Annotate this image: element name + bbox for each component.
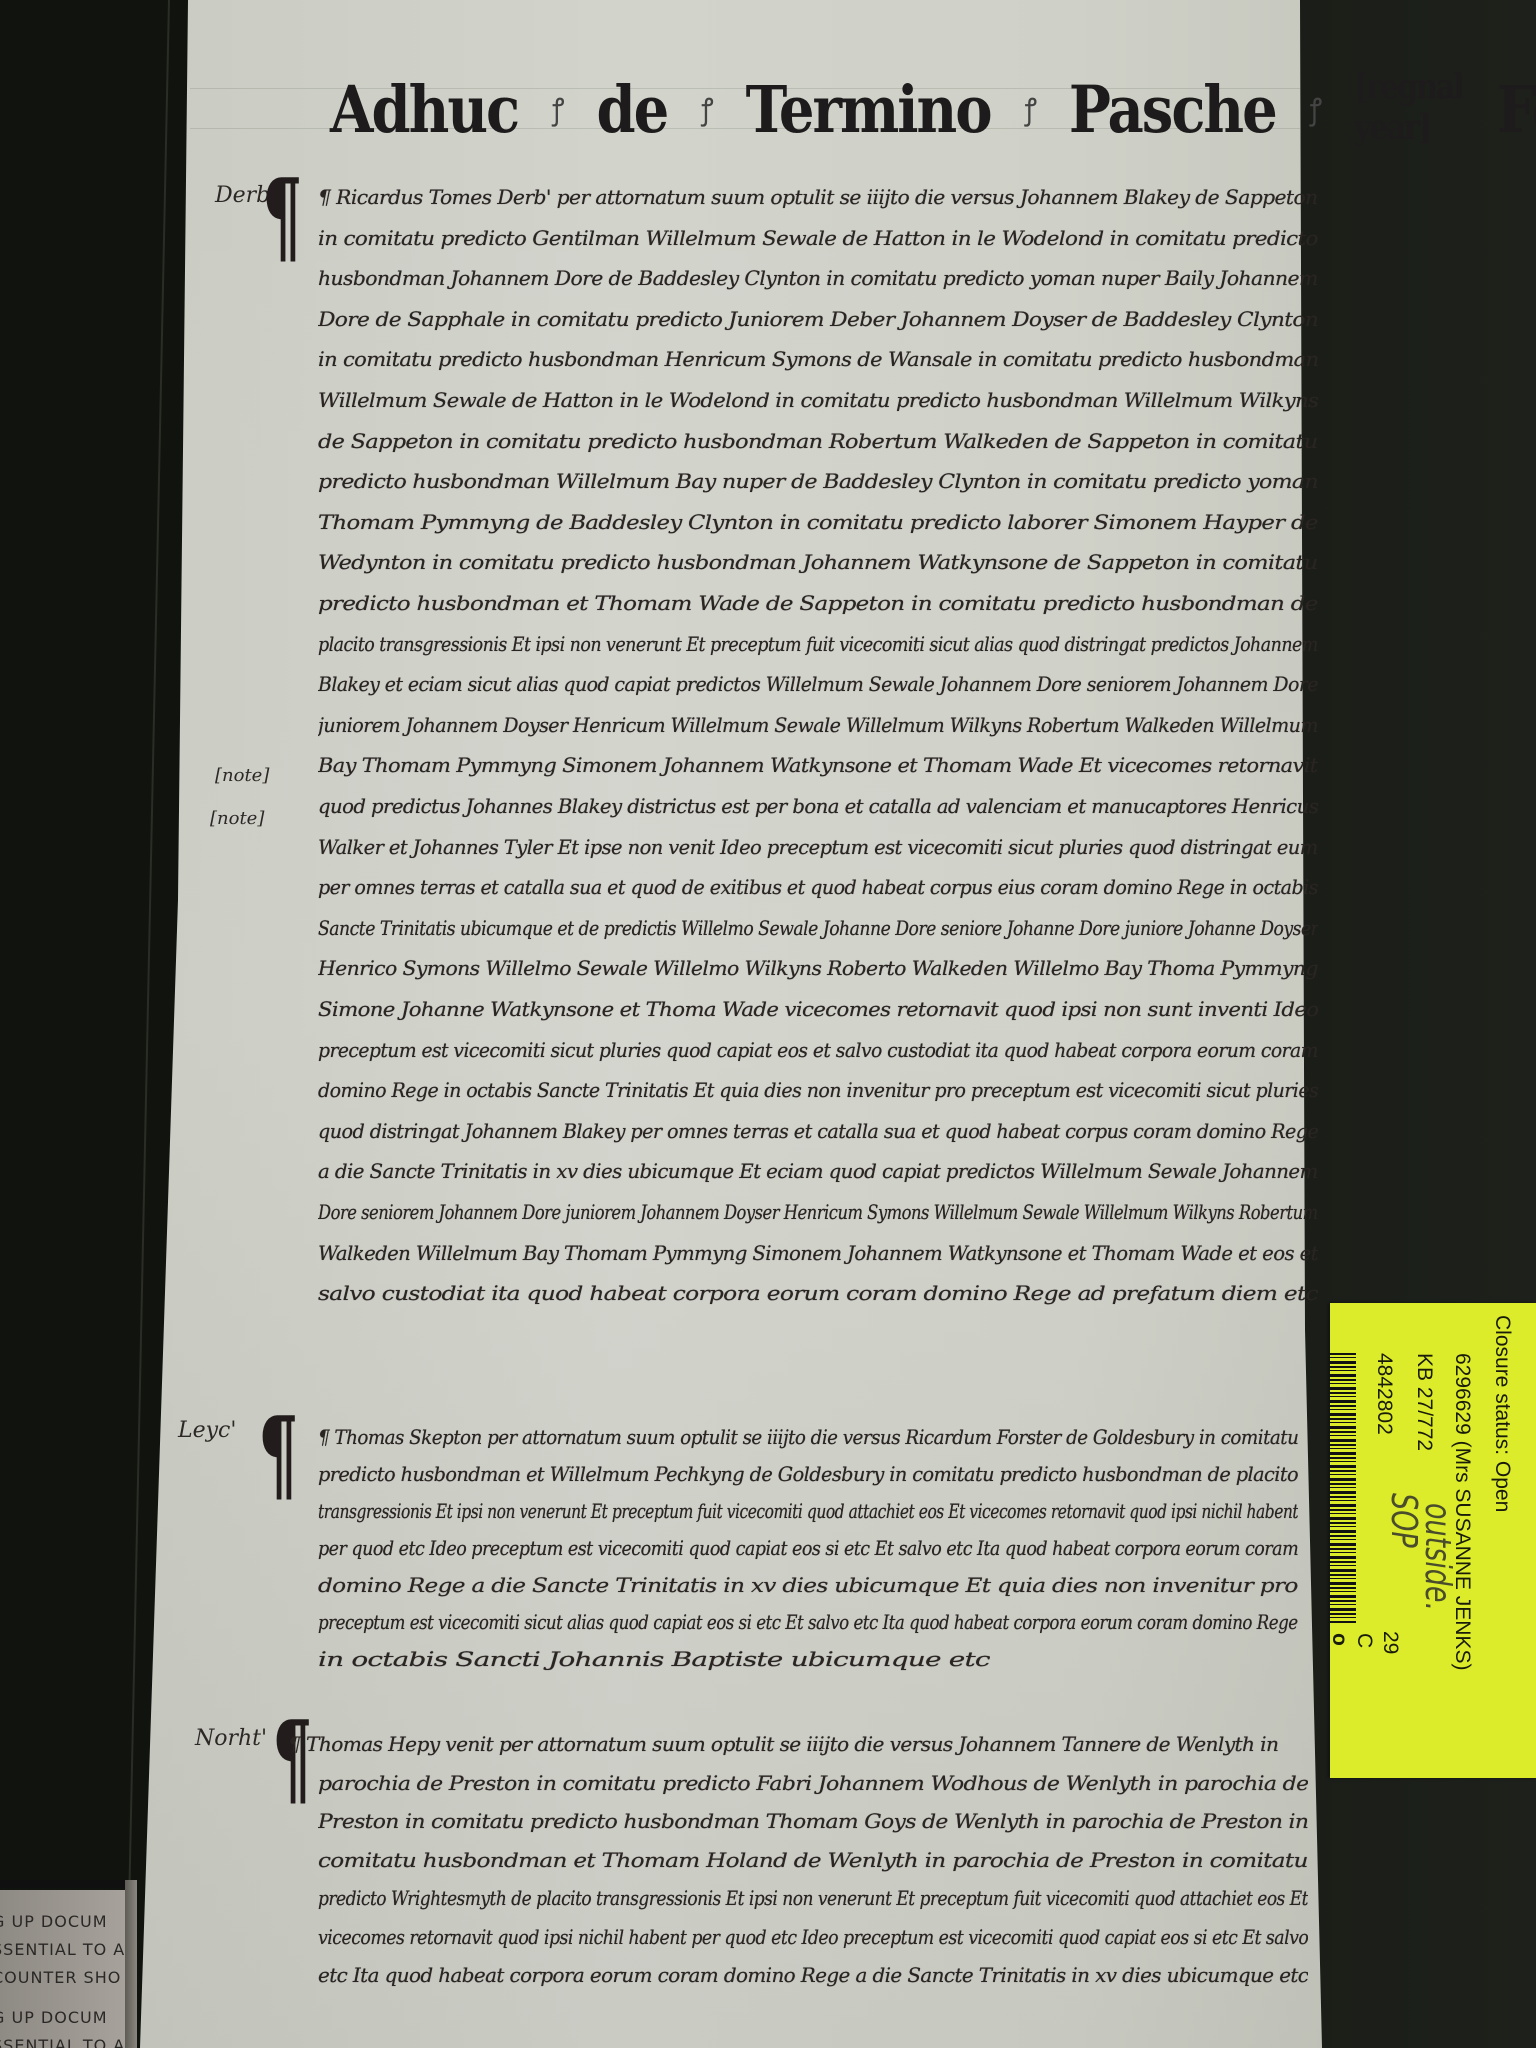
- manuscript-line: quod predictus Johannes Blakey districtu…: [318, 794, 1318, 818]
- heading-separator: ꝭ: [1025, 87, 1035, 128]
- barcode: [1330, 1353, 1356, 1623]
- manuscript-line: per quod etc Ideo preceptum est vicecomi…: [318, 1536, 1298, 1560]
- notice-text-line: G UP DOCUM: [0, 1912, 108, 1931]
- manuscript-line: transgressionis Et ipsi non venerunt Et …: [318, 1499, 1298, 1523]
- manuscript-line: in octabis Sancti Johannis Baptiste ubic…: [318, 1647, 990, 1671]
- manuscript-line: Thomam Pymmyng de Baddesley Clynton in c…: [318, 510, 1318, 534]
- heading-word: Pasche: [1069, 72, 1276, 148]
- manuscript-line: preceptum est vicecomiti sicut alias quo…: [318, 1610, 1298, 1634]
- notice-text-line: SSENTIAL TO A: [0, 1940, 125, 1959]
- heading-word: Termino: [746, 72, 991, 148]
- manuscript-line: salvo custodiat ita quod habeat corpora …: [318, 1281, 1318, 1305]
- manuscript-line: Dore seniorem Johannem Dore juniorem Joh…: [318, 1200, 1318, 1224]
- roll-heading: Adhuc ꝭ de ꝭ Termino ꝭ Pasche ꝭ [regnal …: [330, 68, 1290, 149]
- pilcrow-mark: ¶: [262, 158, 303, 278]
- manuscript-line: Sancte Trinitatis ubicumque et de predic…: [318, 916, 1318, 940]
- heading-separator: ꝭ: [701, 87, 711, 128]
- manuscript-line: Bay Thomam Pymmyng Simonem Johannem Watk…: [318, 753, 1318, 777]
- heading-regnal-year: [regnal year]: [1354, 68, 1463, 149]
- notice-text-line: G UP DOCUM: [0, 2008, 108, 2027]
- label-closure-status: Closure status: Open: [1490, 1315, 1514, 1512]
- manuscript-line: quod distringat Johannem Blakey per omne…: [318, 1119, 1318, 1143]
- manuscript-line: Blakey et eciam sicut alias quod capiat …: [318, 672, 1318, 696]
- manuscript-line: placito transgressionis Et ipsi non vene…: [318, 632, 1318, 656]
- heading-separator: ꝭ: [552, 87, 562, 128]
- notice-frame-edge: [125, 1880, 137, 2048]
- manuscript-line: Simone Johanne Watkynsone et Thoma Wade …: [318, 997, 1318, 1021]
- manuscript-line: in comitatu predicto Gentilman Willelmum…: [318, 226, 1318, 250]
- heading-word: Fortescu: [1497, 72, 1536, 148]
- manuscript-line: Walker et Johannes Tyler Et ipse non ven…: [318, 835, 1318, 859]
- manuscript-line: Dore de Sapphale in comitatu predicto Ju…: [318, 307, 1318, 331]
- heading-separator: ꝭ: [1310, 87, 1320, 128]
- heading-word: de: [596, 72, 667, 148]
- manuscript-line: preceptum est vicecomiti sicut pluries q…: [318, 1038, 1318, 1062]
- manuscript-line: comitatu husbondman et Thomam Holand de …: [318, 1848, 1308, 1872]
- manuscript-line: husbondman Johannem Dore de Baddesley Cl…: [318, 266, 1318, 290]
- label-document-reference: KB 27/772: [1412, 1353, 1436, 1451]
- manuscript-line: Preston in comitatu predicto husbondman …: [318, 1809, 1308, 1833]
- manuscript-line: ¶ Ricardus Tomes Derb' per attornatum su…: [318, 185, 1318, 209]
- label-handwritten-note: outside.: [1417, 1503, 1458, 1611]
- pilcrow-mark: ¶: [272, 1700, 313, 1820]
- manuscript-line: vicecomes retornavit quod ipsi nichil ha…: [318, 1925, 1308, 1949]
- manuscript-line: predicto husbondman et Willelmum Pechkyn…: [318, 1462, 1298, 1486]
- manuscript-line: Henrico Symons Willelmo Sewale Willelmo …: [318, 956, 1318, 980]
- label-code: 29: [1378, 1631, 1402, 1654]
- notice-text-line: SSENTIAL TO A: [0, 2036, 125, 2048]
- manuscript-line: predicto Wrightesmyth de placito transgr…: [318, 1886, 1308, 1910]
- manuscript-line: juniorem Johannem Doyser Henricum Willel…: [318, 713, 1318, 737]
- manuscript-line: per omnes terras et catalla sua et quod …: [318, 875, 1318, 899]
- manuscript-line: Walkeden Willelmum Bay Thomam Pymmyng Si…: [318, 1241, 1318, 1265]
- margin-side-note: [note]: [210, 808, 264, 829]
- pilcrow-mark: ¶: [258, 1396, 299, 1516]
- manuscript-line: etc Ita quod habeat corpora eorum coram …: [318, 1963, 1308, 1987]
- manuscript-line: parochia de Preston in comitatu predicto…: [318, 1771, 1308, 1795]
- manuscript-line: de Sappeton in comitatu predicto husbond…: [318, 429, 1318, 453]
- label-code: C: [1352, 1633, 1376, 1648]
- notice-text-line: COUNTER SHO: [0, 1968, 121, 1987]
- manuscript-line: domino Rege a die Sancte Trinitatis in x…: [318, 1573, 1298, 1597]
- manuscript-line: ¶ Thomas Skepton per attornatum suum opt…: [318, 1425, 1298, 1449]
- manuscript-line: Wedynton in comitatu predicto husbondman…: [318, 550, 1318, 574]
- heading-word: Adhuc: [330, 72, 518, 148]
- reading-room-notice: G UP DOCUM SSENTIAL TO A COUNTER SHO G U…: [0, 1890, 128, 2048]
- label-reference-number: 4842802: [1372, 1353, 1396, 1435]
- manuscript-line: in comitatu predicto husbondman Henricum…: [318, 347, 1318, 371]
- manuscript-line: Willelmum Sewale de Hatton in le Wodelon…: [318, 388, 1318, 412]
- manuscript-line: predicto husbondman Willelmum Bay nuper …: [318, 469, 1318, 493]
- display-frame-edge: [0, 1880, 130, 1888]
- margin-county-note: Leyc': [178, 1418, 236, 1443]
- margin-side-note: [note]: [215, 765, 269, 786]
- archive-document-label: 4842802 KB 27/772 6296629 (Mrs SUSANNE J…: [1330, 1303, 1536, 1778]
- manuscript-line: ¶ Thomas Hepy venit per attornatum suum …: [288, 1732, 1278, 1756]
- margin-county-note: Norht': [195, 1726, 267, 1751]
- label-code: o: [1327, 1633, 1351, 1646]
- manuscript-line: domino Rege in octabis Sancte Trinitatis…: [318, 1078, 1318, 1102]
- manuscript-line: a die Sancte Trinitatis in xv dies ubicu…: [318, 1159, 1318, 1183]
- manuscript-line: predicto husbondman et Thomam Wade de Sa…: [318, 591, 1318, 615]
